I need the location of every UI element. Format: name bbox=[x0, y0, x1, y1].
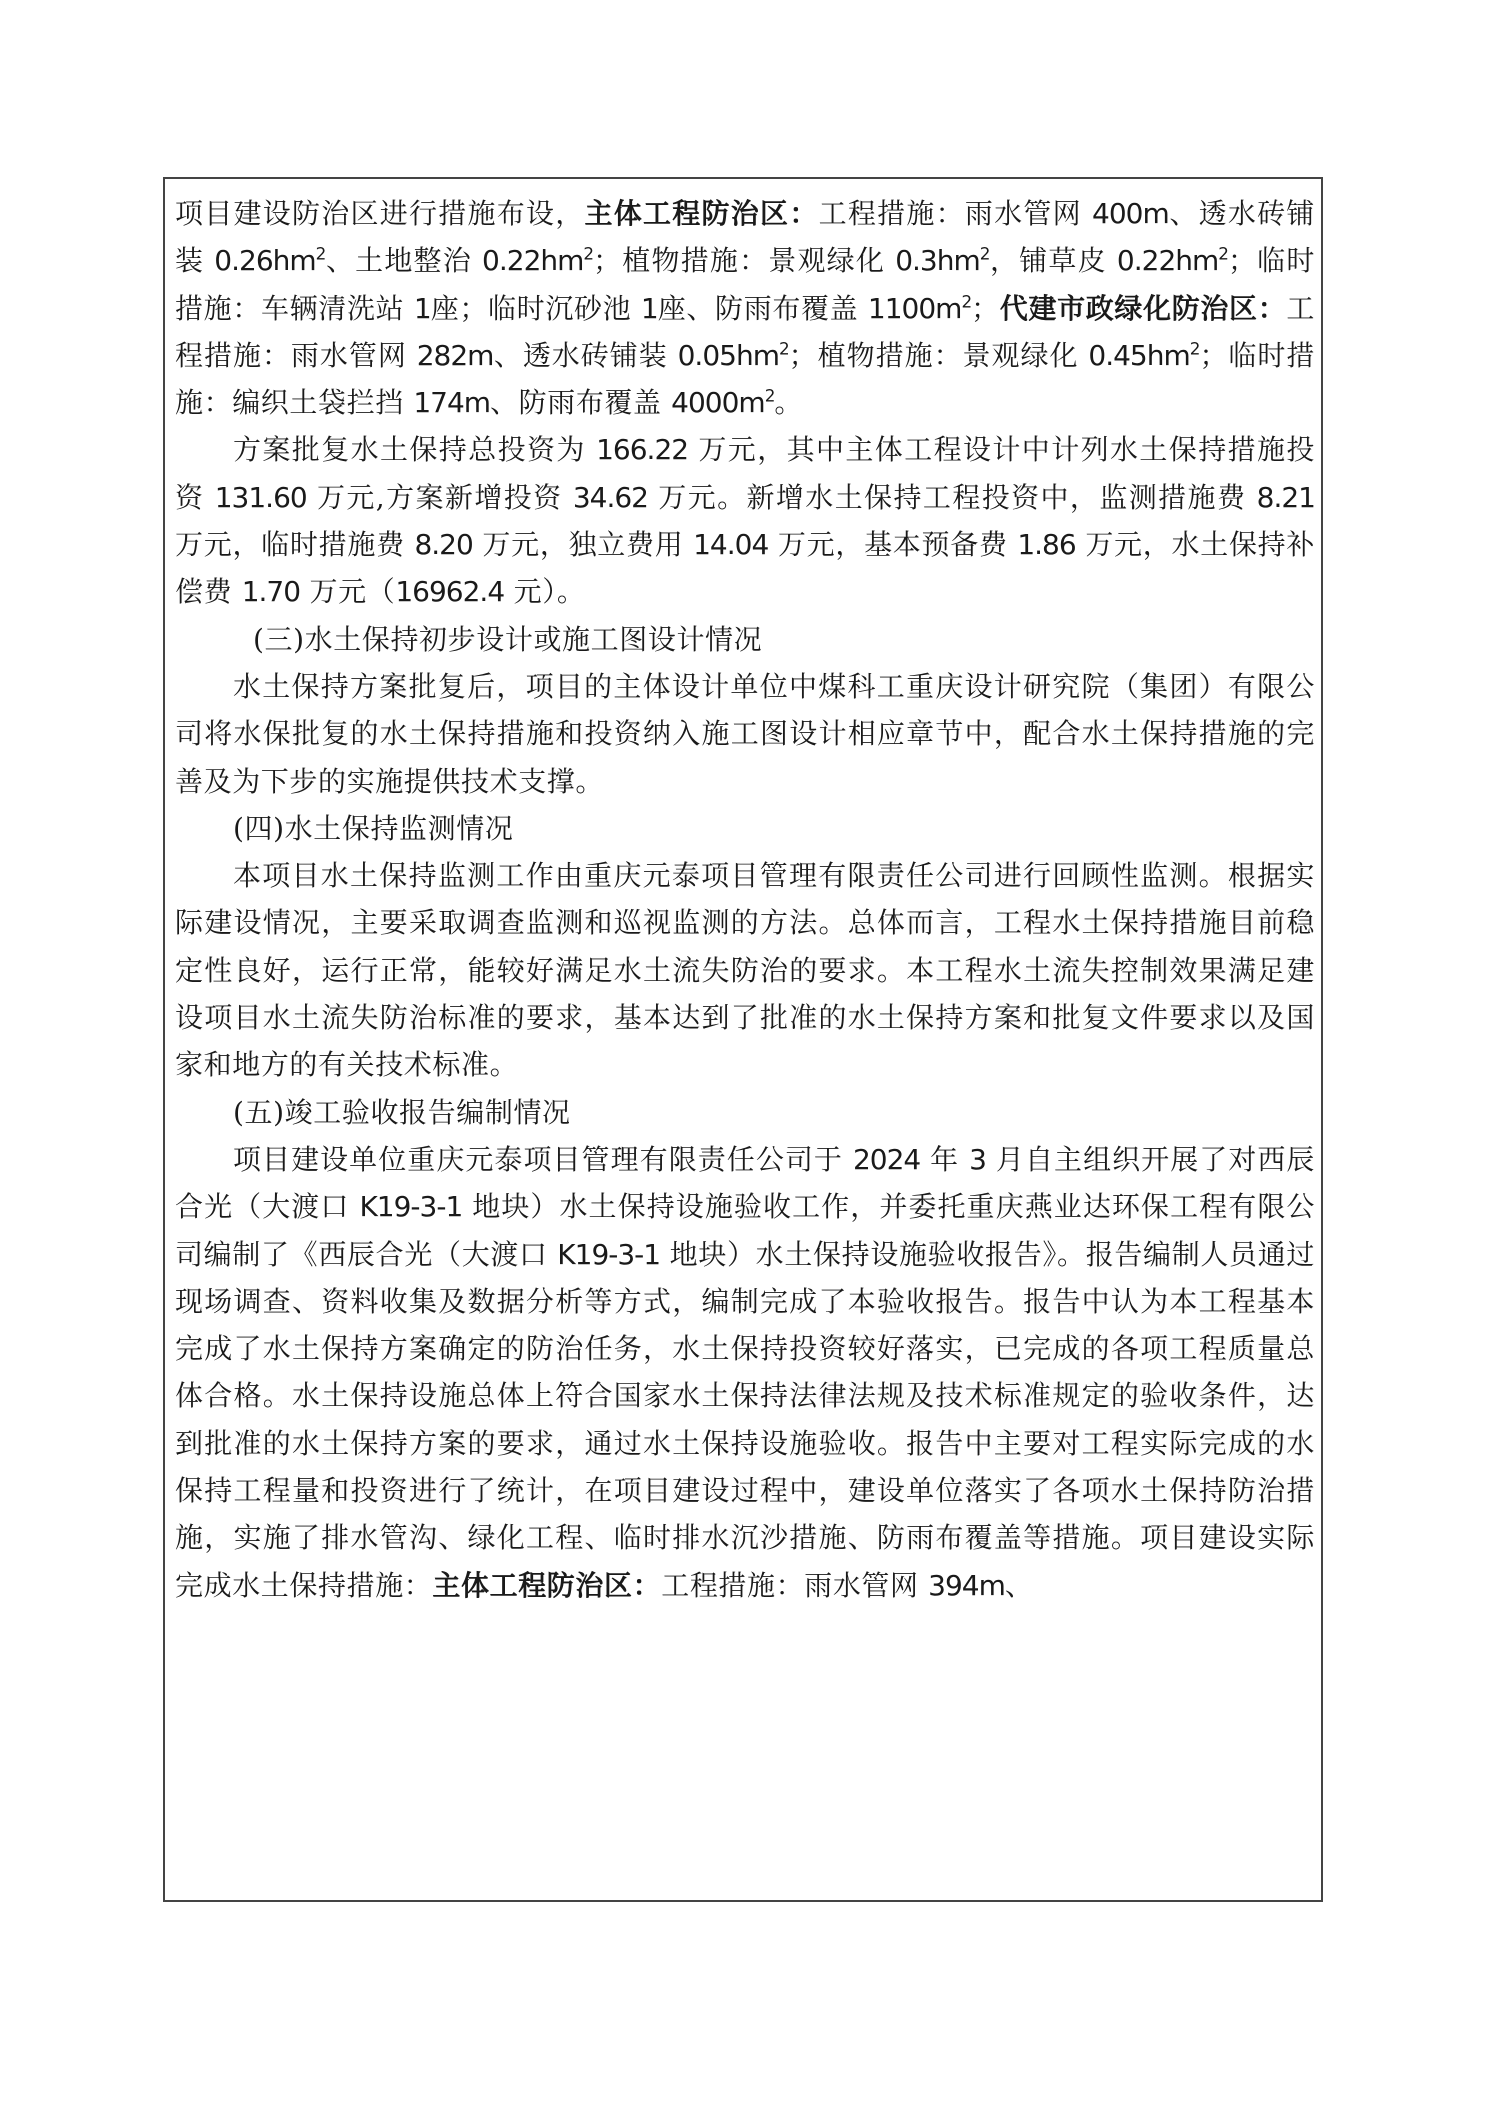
value-monitoring-fee: 8.21 bbox=[1257, 481, 1315, 514]
value-year: 2024 bbox=[853, 1143, 920, 1176]
superscript: 2 bbox=[961, 291, 971, 311]
paragraph-monitoring: 本项目水土保持监测工作由重庆元泰项目管理有限责任公司进行回顾性监测。根据实际建设… bbox=[175, 852, 1315, 1088]
text-segment: 座；临时沉砂池 bbox=[431, 292, 641, 325]
value-brick2: 0.05hm bbox=[678, 339, 779, 372]
text-segment: 、土地整治 bbox=[325, 244, 482, 277]
paragraph-investment: 方案批复水土保持总投资为 166.22 万元，其中主体工程设计中计列水土保持措施… bbox=[175, 426, 1315, 615]
text-segment: 、防雨布覆盖 bbox=[490, 386, 671, 419]
text-segment: 万元（ bbox=[300, 575, 395, 608]
value-cover2: 4000m bbox=[671, 386, 765, 419]
text-segment: 万元，独立费用 bbox=[473, 528, 693, 561]
value-pipe2: 282m bbox=[417, 339, 494, 372]
value-total-investment: 166.22 bbox=[596, 433, 688, 466]
value-turf: 0.22hm bbox=[1117, 244, 1218, 277]
text-segment: 万元,方案新增投资 bbox=[307, 481, 573, 514]
text-segment: ； bbox=[971, 292, 1000, 325]
text-segment: 地块）水土保持设施验收报告》。报告编制人员通过现场调查、资料收集及数据分析等方式… bbox=[175, 1238, 1315, 1602]
zone-label-municipal: 代建市政绿化防治区： bbox=[1000, 292, 1287, 325]
text-segment: 元）。 bbox=[504, 575, 585, 608]
value-green2: 0.45hm bbox=[1088, 339, 1189, 372]
text-segment: 、 bbox=[1005, 1569, 1034, 1602]
superscript: 2 bbox=[765, 386, 775, 406]
text-segment: 项目建设单位重庆元泰项目管理有限责任公司于 bbox=[233, 1143, 853, 1176]
value-cover: 1100m bbox=[868, 292, 962, 325]
value-land: 0.22hm bbox=[482, 244, 583, 277]
text-segment: 、透水砖铺装 bbox=[493, 339, 677, 372]
value-pipe-actual: 394m bbox=[928, 1569, 1005, 1602]
text-segment: 。 bbox=[774, 386, 803, 419]
value-plot-code: K19-3-1 bbox=[359, 1190, 462, 1223]
section-heading-3: (三)水土保持初步设计或施工图设计情况 bbox=[175, 616, 1315, 663]
value-compensation-fee: 1.70 bbox=[242, 575, 300, 608]
value-plot-code: K19-3-1 bbox=[557, 1238, 660, 1271]
zone-label-main: 主体工程防治区： bbox=[432, 1569, 661, 1602]
text-segment: ，铺草皮 bbox=[989, 244, 1116, 277]
text-segment: 方案批复水土保持总投资为 bbox=[233, 433, 596, 466]
text-segment: 万元，基本预备费 bbox=[768, 528, 1017, 561]
superscript: 2 bbox=[779, 339, 789, 359]
zone-label-main: 主体工程防治区： bbox=[585, 197, 819, 230]
text-segment: 年 bbox=[920, 1143, 969, 1176]
paragraph-measures-planned: 项目建设防治区进行措施布设，主体工程防治区：工程措施：雨水管网 400m、透水砖… bbox=[175, 190, 1315, 426]
text-segment: 万元。新增水土保持工程投资中，监测措施费 bbox=[648, 481, 1257, 514]
section-heading-4: (四)水土保持监测情况 bbox=[175, 805, 1315, 852]
paragraph-acceptance-report: 项目建设单位重庆元泰项目管理有限责任公司于 2024 年 3 月自主组织开展了对… bbox=[175, 1136, 1315, 1609]
superscript: 2 bbox=[1218, 244, 1228, 264]
value-compensation-yuan: 16962.4 bbox=[395, 575, 504, 608]
superscript: 2 bbox=[1190, 339, 1200, 359]
superscript: 2 bbox=[316, 244, 326, 264]
section-heading-5: (五)竣工验收报告编制情况 bbox=[175, 1089, 1315, 1136]
document-body: 项目建设防治区进行措施布设，主体工程防治区：工程措施：雨水管网 400m、透水砖… bbox=[175, 190, 1315, 1609]
value-main-investment: 131.60 bbox=[215, 481, 307, 514]
value-green: 0.3hm bbox=[895, 244, 980, 277]
text-segment: 万元，临时措施费 bbox=[175, 528, 414, 561]
value-brick: 0.26hm bbox=[214, 244, 315, 277]
text-segment: 项目建设防治区进行措施布设， bbox=[175, 197, 585, 230]
value-temporary-fee: 8.20 bbox=[414, 528, 472, 561]
value-pipe: 400m bbox=[1092, 197, 1169, 230]
text-segment: 工程措施：雨水管网 bbox=[819, 197, 1092, 230]
value-bag: 174m bbox=[413, 386, 490, 419]
value-added-investment: 34.62 bbox=[573, 481, 648, 514]
superscript: 2 bbox=[583, 244, 593, 264]
superscript: 2 bbox=[980, 244, 990, 264]
value-independent-fee: 14.04 bbox=[693, 528, 768, 561]
paragraph-design: 水土保持方案批复后，项目的主体设计单位中煤科工重庆设计研究院（集团）有限公司将水… bbox=[175, 663, 1315, 805]
value-month: 3 bbox=[969, 1143, 986, 1176]
text-segment: 座、防雨布覆盖 bbox=[658, 292, 868, 325]
value-reserve-fee: 1.86 bbox=[1017, 528, 1075, 561]
text-segment: ；植物措施：景观绿化 bbox=[593, 244, 895, 277]
text-segment: ；植物措施：景观绿化 bbox=[789, 339, 1089, 372]
value-sand: 1 bbox=[641, 292, 658, 325]
text-segment: 工程措施：雨水管网 bbox=[661, 1569, 928, 1602]
value-wash: 1 bbox=[414, 292, 431, 325]
